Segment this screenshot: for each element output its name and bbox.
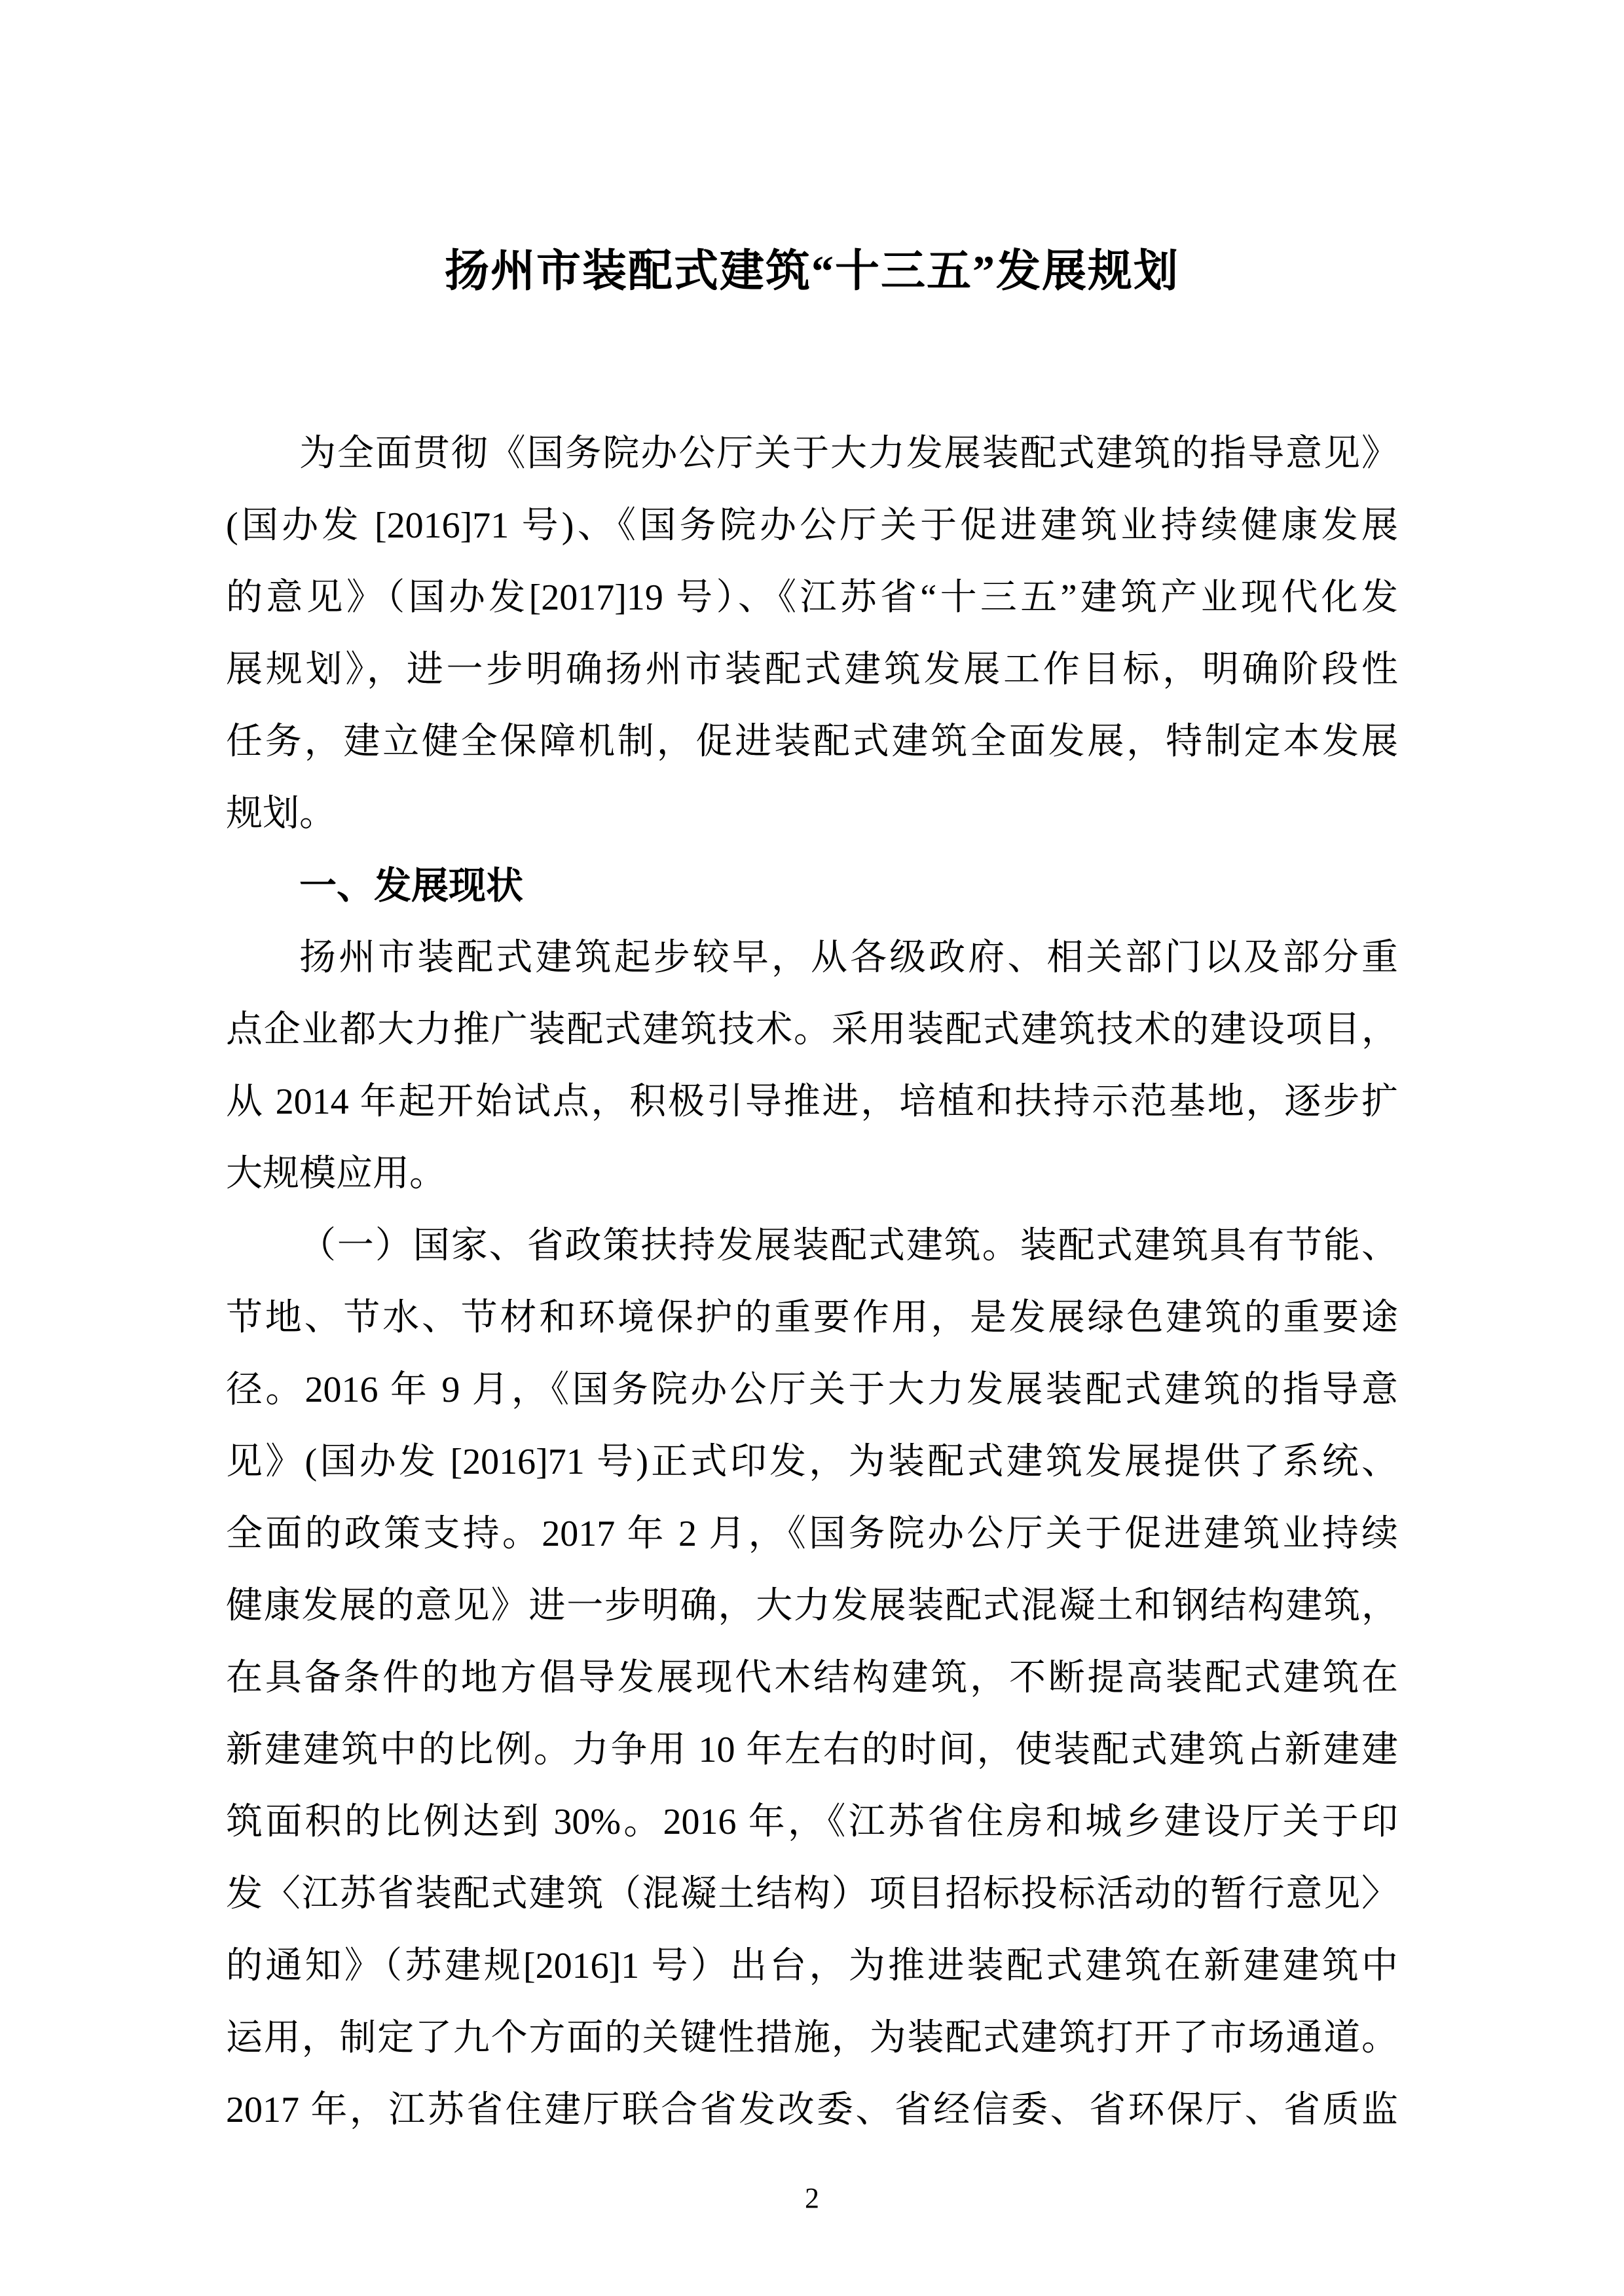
body-line: 运用，制定了九个方面的关键性措施，为装配式建筑打开了市场通道。 [226,2002,1398,2074]
body-line: 扬州市装配式建筑起步较早，从各级政府、相关部门以及部分重 [226,922,1398,994]
body-line: 健康发展的意见》进一步明确，大力发展装配式混凝土和钢结构建筑， [226,1570,1398,1642]
document-title: 扬州市装配式建筑“十三五”发展规划 [0,230,1624,312]
body-line: 见》(国办发 [2016]71 号)正式印发，为装配式建筑发展提供了系统、 [226,1426,1398,1498]
section-heading: 一、发展现状 [226,850,1398,922]
body-line: 从 2014 年起开始试点，积极引导推进，培植和扶持示范基地，逐步扩 [226,1066,1398,1138]
body-line: (国办发 [2016]71 号)、《国务院办公厅关于促进建筑业持续健康发展 [226,490,1398,562]
body-line: 节地、节水、节材和环境保护的重要作用，是发展绿色建筑的重要途 [226,1282,1398,1354]
body-line: 大规模应用。 [226,1138,1398,1210]
body-line: 展规划》，进一步明确扬州市装配式建筑发展工作目标，明确阶段性 [226,634,1398,706]
document-page: 扬州市装配式建筑“十三五”发展规划 为全面贯彻《国务院办公厅关于大力发展装配式建… [0,0,1624,2296]
page-number: 2 [0,2179,1624,2218]
document-body: 为全面贯彻《国务院办公厅关于大力发展装配式建筑的指导意见》 (国办发 [2016… [226,418,1398,2146]
body-line: 筑面积的比例达到 30%。2016 年，《江苏省住房和城乡建设厅关于印 [226,1786,1398,1858]
body-line: 全面的政策支持。2017 年 2 月，《国务院办公厅关于促进建筑业持续 [226,1498,1398,1570]
body-line: 任务，建立健全保障机制，促进装配式建筑全面发展，特制定本发展 [226,706,1398,778]
body-line: 的意见》（国办发[2017]19 号）、《江苏省“十三五”建筑产业现代化发 [226,562,1398,634]
body-line: 径。2016 年 9 月，《国务院办公厅关于大力发展装配式建筑的指导意 [226,1354,1398,1426]
body-line: 发〈江苏省装配式建筑（混凝土结构）项目招标投标活动的暂行意见〉 [226,1858,1398,1930]
body-line: 新建建筑中的比例。力争用 10 年左右的时间，使装配式建筑占新建建 [226,1714,1398,1786]
body-line: 2017 年，江苏省住建厅联合省发改委、省经信委、省环保厅、省质监 [226,2074,1398,2146]
body-line: 在具备条件的地方倡导发展现代木结构建筑，不断提高装配式建筑在 [226,1642,1398,1714]
body-line: 的通知》（苏建规[2016]1 号）出台，为推进装配式建筑在新建建筑中 [226,1930,1398,2002]
body-line: 点企业都大力推广装配式建筑技术。采用装配式建筑技术的建设项目， [226,994,1398,1066]
body-line: （一）国家、省政策扶持发展装配式建筑。装配式建筑具有节能、 [226,1210,1398,1282]
body-line: 规划。 [226,778,1398,850]
body-line: 为全面贯彻《国务院办公厅关于大力发展装配式建筑的指导意见》 [226,418,1398,490]
